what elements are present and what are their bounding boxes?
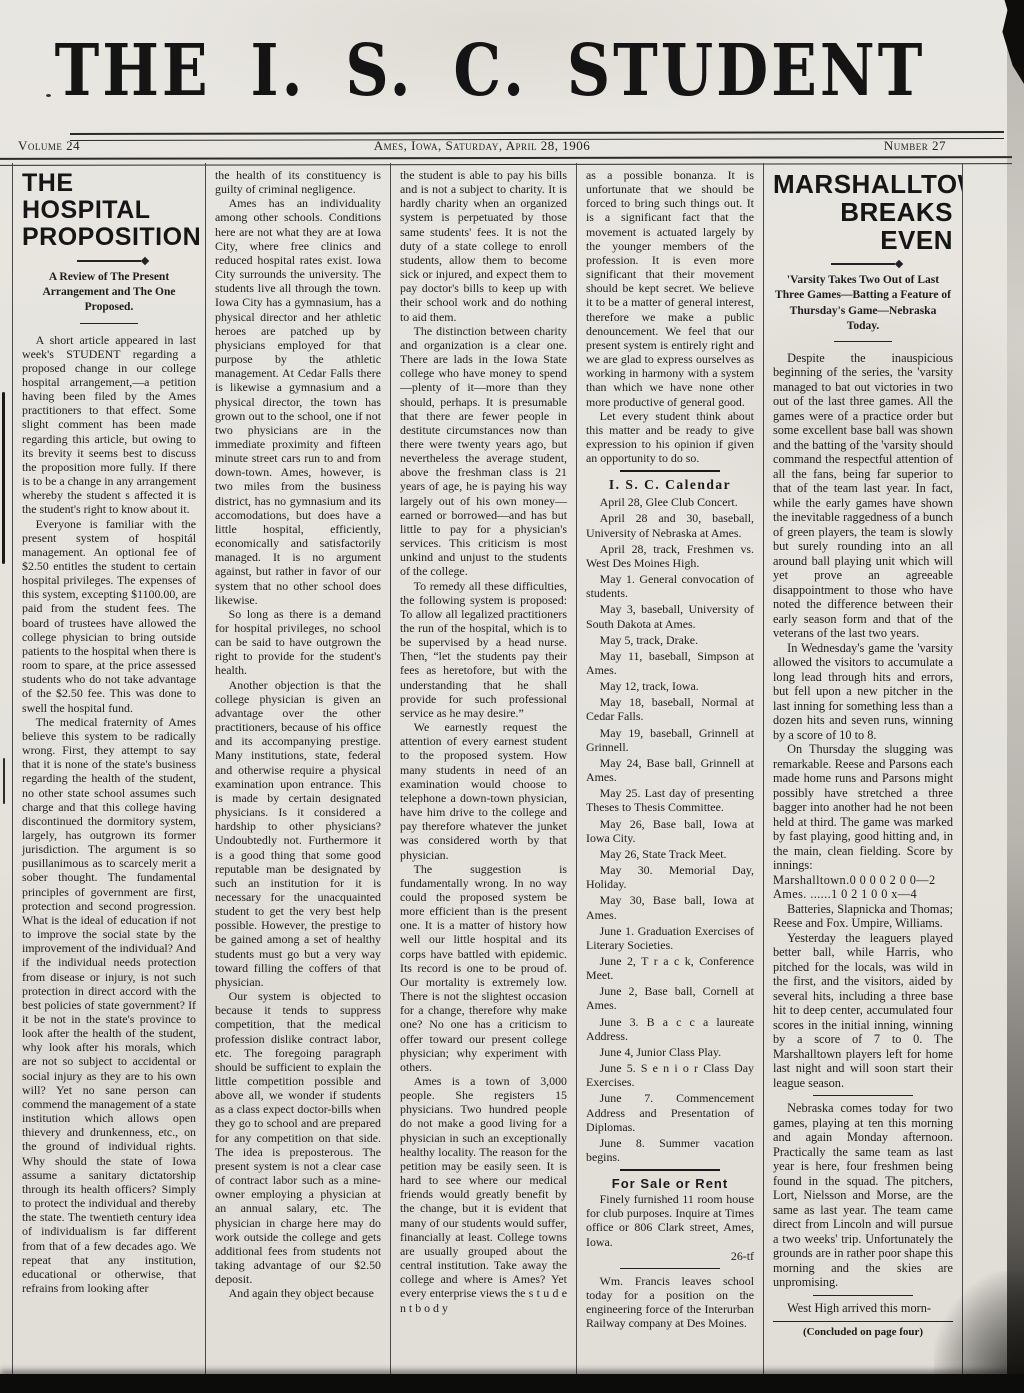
calendar-entry: June 4, Junior Class Play. (586, 1045, 754, 1059)
ad-reference: 26-tf (586, 1249, 754, 1263)
calendar-entry: May 26, Base ball, Iowa at Iowa City. (586, 817, 754, 845)
article-body: Let every student think about this matte… (586, 409, 754, 466)
paragraph: Let every student think about this matte… (586, 409, 754, 466)
column-5-marshalltown: MARSHALLTOWN BREAKS EVEN 'Varsity Takes … (764, 163, 963, 1375)
article-headline-marshalltown: MARSHALLTOWN BREAKS EVEN (773, 170, 953, 254)
footer-rule (773, 1321, 953, 1322)
continuation-paragraph: the student is able to pay his bills and… (400, 168, 567, 324)
paragraph: To remedy all these difficulties, the fo… (400, 579, 567, 721)
calendar-entry: May 3, baseball, University of South Dak… (586, 602, 754, 630)
calendar-entry: May 26, State Track Meet. (586, 847, 754, 861)
calendar-entry: June 8. Summer vacation begins. (586, 1136, 754, 1164)
paragraph: Batteries, Slapnicka and Thomas; Reese a… (773, 902, 953, 931)
calendar-entry: May 5, track, Drake. (586, 633, 754, 647)
calendar-entry: May 1. General convocation of students. (586, 572, 754, 600)
section-separator (620, 470, 720, 472)
calendar-entry: May 18, baseball, Normal at Cedar Falls. (586, 695, 754, 723)
paragraph: The distinction between charity and orga… (400, 324, 567, 579)
calendar-entry: June 2, T r a c k, Conference Meet. (586, 954, 754, 982)
paragraph: In Wednesday's game the 'varsity allowed… (773, 641, 953, 743)
score-line: Ames. ......1 0 2 1 0 0 x—4 (773, 887, 953, 902)
column-4-calendar: as a possible bonanza. It is unfortunate… (577, 163, 764, 1375)
calendar-entry: April 28 and 30, baseball, University of… (586, 511, 754, 539)
article-body: The distinction between charity and orga… (400, 324, 567, 1315)
news-item: Wm. Francis leaves school today for a po… (586, 1274, 754, 1331)
article-subtitle: 'Varsity Takes Two Out of Last Three Gam… (773, 273, 953, 334)
headline-line-2: PROPOSITION (22, 224, 196, 251)
article-body: Despite the inauspicious beginning of th… (773, 351, 953, 873)
continued-note: (Concluded on page four) (773, 1326, 953, 1338)
volume-label: Volume 24 (18, 138, 80, 154)
continuation-paragraph: the health of its constituency is guilty… (215, 168, 381, 196)
subtitle-rule (834, 341, 892, 342)
calendar-entry: May 19, baseball, Grinnell at Grinnell. (586, 726, 754, 754)
paragraph: Ames has an individuality among other sc… (215, 196, 381, 607)
scan-artifact-left-line (2, 392, 5, 564)
article-body: A short article appeared in last week's … (22, 333, 196, 1296)
paragraph: On Thursday the slugging was remarkable.… (773, 742, 953, 873)
for-sale-heading: For Sale or Rent (586, 1176, 754, 1191)
ornament-rule (77, 260, 141, 262)
column-2-continuation: the health of its constituency is guilty… (206, 163, 391, 1375)
paragraph: Everyone is familiar with the present sy… (22, 517, 196, 715)
calendar-entry: June 3. B a c c a laureate Address. (586, 1015, 754, 1043)
article-subtitle: A Review of The Present Arrangement and … (22, 270, 196, 316)
calendar-entry: June 1. Graduation Exercises of Literary… (586, 924, 754, 952)
calendar-entry: May 12, track, Iowa. (586, 679, 754, 693)
ornament-rule (831, 263, 895, 265)
newspaper-title: THE I. S. C. STUDENT (0, 30, 980, 113)
scan-artifact-left-line-2 (3, 758, 5, 804)
article-headline-hospital: THE HOSPITAL PROPOSITION (22, 170, 196, 251)
section-separator (620, 1268, 720, 1269)
calendar-entry: June 5. S e n i o r Class Day Exercises. (586, 1061, 754, 1089)
section-separator (813, 1295, 913, 1296)
headline-line-1: THE HOSPITAL (22, 170, 196, 224)
paragraph: West High arrived this morn- (773, 1301, 953, 1316)
article-body: Ames has an individuality among other sc… (215, 196, 381, 1300)
calendar-entry: May 11, baseball, Simpson at Ames. (586, 649, 754, 677)
paragraph: The suggestion is fundamentally wrong. I… (400, 862, 567, 1074)
calendar-entry: June 2, Base ball, Cornell at Ames. (586, 984, 754, 1012)
paragraph: And again they object because (215, 1286, 381, 1300)
scan-edge-bottom (0, 1374, 1024, 1393)
score-by-innings: Marshalltown.0 0 0 0 2 0 0—2Ames. ......… (773, 873, 953, 902)
subtitle-rule (80, 323, 138, 324)
column-grid: THE HOSPITAL PROPOSITION A Review of The… (12, 163, 963, 1375)
issue-dateline: Ames, Iowa, Saturday, April 28, 1906 (374, 138, 591, 154)
paragraph: Our system is objected to because it ten… (215, 989, 381, 1286)
dateline-row: Volume 24 Ames, Iowa, Saturday, April 28… (18, 138, 946, 154)
paragraph: Despite the inauspicious beginning of th… (773, 351, 953, 641)
paragraph: The medical fraternity of Ames believe t… (22, 715, 196, 1295)
article-body: Nebraska comes today for two games, play… (773, 1101, 953, 1290)
headline-line-2: BREAKS EVEN (773, 198, 953, 254)
newspaper-page: THE I. S. C. STUDENT Volume 24 Ames, Iow… (0, 0, 1024, 1393)
calendar-heading: I. S. C. Calendar (586, 477, 754, 493)
column-3-continuation: the student is able to pay his bills and… (391, 163, 577, 1375)
score-line: Marshalltown.0 0 0 0 2 0 0—2 (773, 873, 953, 888)
article-body: West High arrived this morn- (773, 1301, 953, 1316)
headline-line-1: MARSHALLTOWN (773, 170, 953, 198)
column-1-hospital-proposition: THE HOSPITAL PROPOSITION A Review of The… (13, 163, 206, 1375)
number-label: Number 27 (884, 138, 946, 154)
paragraph: A short article appeared in last week's … (22, 333, 196, 517)
calendar-entry: April 28, track, Freshmen vs. West Des M… (586, 542, 754, 570)
section-separator (813, 1095, 913, 1096)
calendar-entry: April 28, Glee Club Concert. (586, 495, 754, 509)
calendar-entry: May 30, Base ball, Iowa at Ames. (586, 893, 754, 921)
section-separator (620, 1169, 720, 1171)
paragraph: Yesterday the leaguers played better bal… (773, 931, 953, 1091)
calendar-list: April 28, Glee Club Concert.April 28 and… (586, 495, 754, 1164)
paragraph: Ames is a town of 3,000 people. She regi… (400, 1074, 567, 1315)
scan-edge-right (1007, 0, 1024, 1393)
continuation-paragraph: as a possible bonanza. It is unfortunate… (586, 168, 754, 409)
masthead: THE I. S. C. STUDENT Volume 24 Ames, Iow… (0, 0, 1024, 163)
paragraph: Nebraska comes today for two games, play… (773, 1101, 953, 1290)
calendar-entry: May 25. Last day of presenting Theses to… (586, 786, 754, 814)
paragraph: Another objection is that the college ph… (215, 678, 381, 989)
calendar-entry: May 30. Memorial Day, Holiday. (586, 863, 754, 891)
calendar-entry: May 24, Base ball, Grinnell at Ames. (586, 756, 754, 784)
calendar-entry: June 7. Commencement Address and Present… (586, 1091, 754, 1133)
paragraph: We earnestly request the attention of ev… (400, 720, 567, 862)
paragraph: So long as there is a demand for hospita… (215, 607, 381, 678)
for-sale-text: Finely furnished 11 room house for club … (586, 1192, 754, 1249)
article-body: Batteries, Slapnicka and Thomas; Reese a… (773, 902, 953, 1091)
